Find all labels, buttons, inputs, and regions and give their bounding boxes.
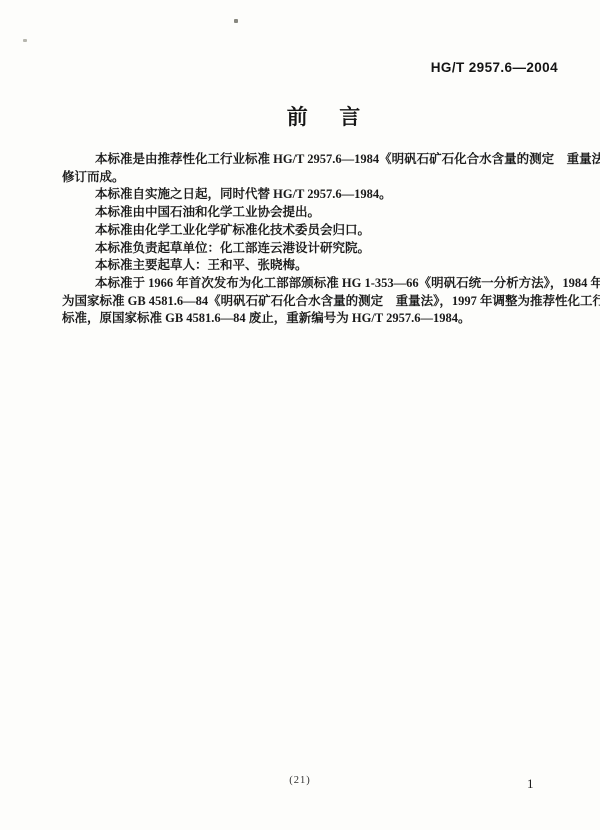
foreword-line: 修订而成。: [62, 169, 600, 187]
foreword-line: 标准，原国家标准 GB 4581.6—84 废止，重新编号为 HG/T 2957…: [62, 310, 600, 328]
scan-speck: [234, 19, 238, 23]
sheet-note: (21): [0, 775, 600, 786]
standard-number: HG/T 2957.6—2004: [431, 60, 558, 75]
foreword-line: 本标准自实施之日起，同时代替 HG/T 2957.6—1984。: [62, 186, 600, 204]
foreword-line: 为国家标准 GB 4581.6—84《明矾石矿石化合水含量的测定 重量法》，19…: [62, 293, 600, 311]
scanned-standard-page: HG/T 2957.6—2004 前言 本标准是由推荐性化工行业标准 HG/T …: [0, 0, 600, 830]
page-number: 1: [527, 776, 534, 792]
foreword-line: 本标准负责起草单位：化工部连云港设计研究院。: [62, 240, 600, 258]
foreword-line: 本标准主要起草人：王和平、张晓梅。: [62, 257, 600, 275]
page-title: 前言: [62, 101, 585, 131]
foreword-line: 本标准由中国石油和化学工业协会提出。: [62, 204, 600, 222]
foreword-line: 本标准由化学工业化学矿标准化技术委员会归口。: [62, 222, 600, 240]
foreword-line: 本标准于 1966 年首次发布为化工部部颁标准 HG 1-353—66《明矾石统…: [62, 275, 600, 293]
foreword-line: 本标准是由推荐性化工行业标准 HG/T 2957.6—1984《明矾石矿石化合水…: [62, 151, 600, 169]
foreword-body: 本标准是由推荐性化工行业标准 HG/T 2957.6—1984《明矾石矿石化合水…: [62, 151, 600, 328]
scan-speck: [23, 39, 27, 42]
